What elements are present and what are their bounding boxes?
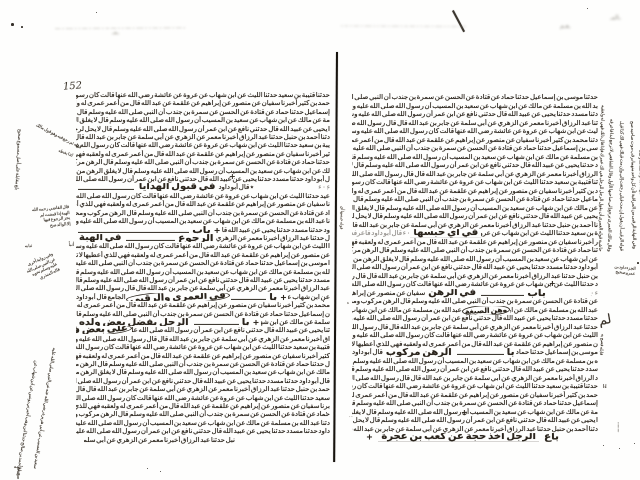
bab-label: با [241, 318, 251, 326]
text-line: سلمة عن مالك عن ابن شهاب عن سعيد بن المس… [76, 318, 330, 326]
chapter-heading: وهن الصيغة [462, 306, 511, 314]
kashida-stroke [126, 235, 175, 241]
body-text: ل أبو داود حدثنا مسدد حدثنا يحيى عن عبيد… [76, 175, 330, 183]
body-text: الليث عن ابن شهاب عن عروة عن عائشة رضي ا… [352, 331, 598, 339]
text-line: عيد حدثنا الليث عن ابن شهاب عن عروة عن ع… [76, 192, 330, 200]
body-text: عن ابن شهاب عن سعيد بن المسيب أن رسول ال… [352, 255, 598, 263]
ink-speck [21, 26, 23, 28]
body-text: ا يحيى عن عبيد الله قال حدثني نافع عن اب… [352, 416, 598, 424]
body-text: عن ابن شهاب عن عروة عن عائشة رضي الله عن… [288, 293, 330, 301]
bab-label: با [268, 293, 278, 301]
ink-speck [96, 12, 97, 13]
body-text: أبو داود حدثنا مسدد حدثنا يحيى عن عبيد ا… [352, 263, 598, 271]
body-text: مالك عن ابن شهاب عن سعيد بن المسيب أن رس… [76, 369, 330, 377]
text-line: أبو داود حدثنا مسدد حدثنا يحيى عن عبيد ا… [352, 263, 598, 271]
body-text: حدثنا مسدد حدثنا يحيى عن عبيد الله قال ح… [352, 314, 598, 322]
body-text: ة بن سعيد حدثنا الليث عن ابن شهاب عن عرو… [481, 229, 598, 237]
text-line: حدثنا قتيبة بن سعيد حدثنا الليث عن ابن ش… [352, 382, 598, 390]
text-line: إسماعيل حدثنا حماد عن قتادة عن الحسن عن … [352, 399, 598, 407]
section-end-mark: + [212, 226, 222, 234]
text-line: دثنا عبد الله بن مسلمة عن مالك عن ابن شه… [76, 419, 330, 427]
text-line: الليث عن ابن شهاب عن عروة عن عائشة رضي ا… [352, 331, 598, 339]
text-line: د بن كثير أخبرنا سفيان عن منصور عن إبراه… [352, 187, 598, 195]
scan-edge-smudge: ـمـ [112, 29, 138, 36]
body-text: محمد بن كثير أخبرنا سفيان عن منصور عن إب… [76, 302, 330, 310]
margin-note: قوله الرقبى أن يقول إن مت قبلي رجعت إلي … [618, 45, 624, 251]
text-line: حمد بن حنبل حدثنا عبد الرزاق أخبرنا معمر… [76, 385, 330, 393]
body-text: حماد عن قتادة عن الحسن عن سمرة بن جندب أ… [76, 411, 330, 419]
text-line: باعالرجل أخذ حجة عن كعب بن عجرة+ [352, 433, 598, 441]
text-line: ء ٠ ٜبابفي الرهن سفيان عن منصور عن إبراه… [352, 289, 598, 297]
body-text: ماعيل حدثنا حماد عن قتادة عن الحسن عن سم… [352, 195, 598, 203]
body-text: حمد بن حنبل حدثنا عبد الرزاق أخبرنا معمر… [76, 386, 330, 394]
body-text: مة عن مالك عن ابن شهاب عن سعيد بن المسيب… [352, 408, 598, 416]
body-text: قال أبو داود [352, 348, 383, 356]
left-page-text-block: حدثنا قتيبة بن سعيد حدثنا الليث عن ابن ش… [76, 91, 330, 444]
text-line: ر أخبرنا سفيان عن منصور عن إبراهيم عن عل… [352, 238, 598, 246]
margin-note: بلغ مقابلة والحمد لله وحده [635, 44, 640, 194]
text-line: اد عن قتادة عن الحسن عن سمرة بن جندب أن … [76, 209, 330, 217]
body-text: إسماعيل حدثنا حماد عن قتادة عن الحسن عن … [352, 399, 598, 407]
text-line: نا عبد الله بن مسلمة عن مالك عن ابن شهاب… [76, 217, 330, 225]
gutter-line [333, 52, 338, 462]
ink-speck [637, 262, 639, 264]
text-line: ل حدثنا عبد الرزاق أخبرنا معمر عن الزهري… [76, 234, 330, 242]
text-line: الرزاق أخبرنا معمر عن الزهري عن أبي سلمة… [352, 170, 598, 178]
kashida-stroke [457, 349, 504, 355]
text-line: ماعيل حدثنا حماد عن قتادة عن الحسن عن سم… [352, 195, 598, 203]
kashida-stroke [231, 294, 266, 300]
body-text: ود حدثنا مسدد حدثنا يحيى عن عبيد الله قا… [222, 226, 330, 234]
body-text: حمد بن كثير أخبرنا سفيان عن منصور عن إبر… [76, 100, 330, 108]
body-text: ن منصور عن إبراهيم عن علقمة عن عبد الله … [352, 340, 598, 348]
text-line: ل أبو داود حدثنا مسدد حدثنا يحيى عن عبيد… [76, 175, 330, 183]
chapter-heading: في العمرى والرقبى [125, 293, 229, 301]
margin-note: قوله حبسها أي [339, 146, 347, 230]
text-line: داود حدثنا مسدد حدثنا يحيى عن عبيد الله … [76, 427, 330, 435]
body-text: ثنا يحيى عن عبيد الله قال حدثني نافع عن … [132, 327, 330, 335]
text-line: قال أبو داود حدثنا مسدد حدثنا يحيى عن عب… [76, 377, 330, 385]
body-text: نا أحمد بن حنبل حدثنا عبد الرزاق أخبرنا … [352, 221, 598, 229]
chapter-heading: على بعض في النحل [76, 327, 132, 335]
body-text: د حدثنا يحيى عن عبيد الله قال حدثني نافع… [352, 161, 598, 169]
text-line: نا أحمد بن حنبل حدثنا عبد الرزاق أخبرنا … [352, 221, 598, 229]
body-text: عيد حدثنا الليث عن ابن شهاب عن عروة عن ع… [76, 192, 330, 200]
body-text: الرزاق أخبرنا معمر عن الزهري عن أبي سلمة… [352, 170, 598, 178]
text-line: يحيى عن عبيد الله قال حدثني نافع عن ابن … [352, 212, 598, 220]
body-text: الجامع قال أبو داود [76, 293, 126, 301]
text-line: يبة بن سعيد حدثنا الليث عن ابن شهاب عن ع… [76, 142, 330, 150]
text-line: ن إسماعيل حدثنا حماد عن قتادة عن الحسن ع… [76, 310, 330, 318]
body-text: حدثنا موسى بن إسماعيل حدثنا حماد عن قتاد… [352, 93, 598, 101]
text-line: موسى بن إسماعيل حدثنا حماد عن قتادة عن ا… [352, 348, 598, 356]
text-line: نبل حدثنا عبد الرزاق أخبرنا معمر عن الزه… [76, 436, 330, 444]
chapter-heading: الرجل يفضل بعض ولده [76, 318, 192, 326]
margin-note: ٠٠ [343, 414, 353, 419]
text-line: لله بن مسلمة عن مالك عن ابن شهاب عن سعيد… [76, 268, 330, 276]
text-line: دثنا محمد بن كثير أخبرنا سفيان عن منصور … [352, 136, 598, 144]
text-line: مة عن مالك عن ابن شهاب عن سعيد بن المسيب… [352, 408, 598, 416]
body-text: يبة بن سعيد حدثنا الليث عن ابن شهاب عن ع… [76, 142, 330, 150]
body-text: سلمة عن مالك عن ابن شهاب عن سعيد بن المس… [261, 318, 330, 326]
body-text: اد عن قتادة عن الحسن عن سمرة بن جندب أن … [76, 209, 330, 217]
kashida-stroke [78, 185, 134, 191]
body-text: إسماعيل حدثنا حماد عن قتادة عن الحسن عن … [76, 108, 330, 116]
body-text: دثنا عبد الله بن مسلمة عن مالك عن ابن شه… [76, 419, 330, 427]
body-text: مسدد حدثنا يحيى عن عبيد الله قال حدثني ن… [76, 276, 330, 284]
body-text: داود حدثنا مسدد حدثنا يحيى عن عبيد الله … [76, 428, 330, 436]
chapter-heading: في الرهن [425, 289, 479, 297]
body-text: يحيى عن عبيد الله قال حدثني نافع عن ابن … [352, 212, 598, 220]
body-text: ثنا عبد الرزاق أخبرنا معمر عن الزهري عن … [352, 119, 598, 127]
text-line: ا موسى بن إسماعيل حدثنا حماد عن قتادة عن… [76, 259, 330, 267]
body-text: بن مسلمة عن مالك عن ابن شهاب عن سعيد بن … [352, 153, 598, 161]
section-end-mark: + [364, 433, 374, 441]
text-line: ل حدثنا حماد عن قتادة عن الحسن عن سمرة ب… [76, 360, 330, 368]
text-line: حدثنا عبد الرزاق أخبرنا معمر عن الزهري ع… [352, 323, 598, 331]
body-text: عبد الله بن مسلمة عن مالك عن ابن شهاب عن… [510, 306, 598, 314]
body-text: عن مالك عن ابن شهاب عن سعيد بن المسيب أن… [352, 204, 598, 212]
ink-speck [11, 23, 14, 26]
body-text: كثير أخبرنا سفيان عن منصور عن إبراهيم عن… [76, 352, 330, 360]
text-line: برنا سفيان عن منصور عن إبراهيم عن علقمة … [76, 402, 330, 410]
margin-note: ءَا [591, 384, 607, 391]
text-line: ن منصور عن إبراهيم عن علقمة عن عبد الله … [352, 340, 598, 348]
text-line: مالك عن ابن شهاب عن سعيد بن المسيب أن رس… [76, 369, 330, 377]
text-line: ثنا عبد الرزاق أخبرنا معمر عن الزهري عن … [352, 119, 598, 127]
bab-label: الرجوع [177, 234, 214, 242]
text-line: ليث عن ابن شهاب عن عروة عن عائشة رضي الل… [352, 127, 598, 135]
body-text: لك عن ابن شهاب عن سعيد بن المسيب أن رسول… [76, 167, 330, 175]
body-text: بد الله بن مسلمة عن مالك عن ابن شهاب عن … [352, 102, 598, 110]
text-line: بن مسلمة عن مالك عن ابن شهاب عن سعيد بن … [352, 153, 598, 161]
text-line: عن مالك عن ابن شهاب عن سعيد بن المسيب أن… [352, 204, 598, 212]
body-text: قال أبو داود حدثنا مسدد حدثنا يحيى عن عب… [76, 377, 330, 385]
body-text: ثير أخبرنا سفيان عن منصور عن إبراهيم عن … [76, 150, 330, 158]
scan-edge-smudge: ـعـم [560, 23, 594, 31]
chapter-heading: الرجل أخذ حجة عن كعب بن عجرة [378, 433, 539, 441]
margin-note: بلغ مقابلة على أصل مسموع صحيح [13, 108, 23, 190]
body-text: قتيبة بن سعيد حدثنا الليث عن ابن شهاب عن… [76, 344, 330, 352]
text-line: اق أخبرنا معمر عن الزهري عن أبي سلمة عن … [76, 335, 330, 343]
body-text: ل حدثنا حماد عن قتادة عن الحسن عن سمرة ب… [76, 360, 330, 368]
margin-note: وقال مالك العمرى ترجع إلى صاحبها الأول و… [605, 48, 614, 252]
text-line: عن ابن شهاب عن عروة عن عائشة رضي الله عن… [76, 293, 330, 301]
body-text: سى بن إسماعيل حدثنا حماد عن قتادة عن الح… [352, 144, 598, 152]
chapter-heading: الرهن مركوب [383, 348, 455, 356]
chapter-heading: في الهبة [76, 234, 124, 242]
body-text: اق أخبرنا معمر عن الزهري عن أبي سلمة عن … [76, 335, 330, 343]
text-line: ثنا قتيبة بن سعيد حدثنا الليث عن ابن شها… [352, 178, 598, 186]
text-line: مة عن مالك عن ابن شهاب عن سعيد بن المسيب… [76, 116, 330, 124]
body-text: ن إسماعيل حدثنا حماد عن قتادة عن الحسن ع… [76, 310, 330, 318]
body-text: دثنا أحمد بن حنبل حدثنا عبد الرزاق أخبرن… [76, 133, 330, 141]
body-text: حدثنا قتيبة بن سعيد حدثنا الليث عن ابن ش… [76, 91, 330, 99]
chapter-heading: في قبول الهدايا [136, 184, 219, 192]
kashida-stroke [481, 290, 524, 296]
body-text: عبد الله بن مسلمة عن مالك عن ابن شهاب عن… [352, 306, 462, 314]
text-line: د الرزاق أخبرنا معمر عن الزهري عن أبي سل… [352, 374, 598, 382]
margin-note: قال القاضي رحمه الله الهبة إذا قبضت لم ي… [15, 205, 71, 232]
text-line: د حدثنا الليث عن ابن شهاب عن عروة عن عائ… [352, 280, 598, 288]
section-end-mark: + [549, 279, 556, 288]
margin-note: ثنا به [6, 243, 32, 249]
body-text: د حدثنا الليث عن ابن شهاب عن عروة عن عائ… [352, 280, 598, 288]
body-text: سدد حدثنا يحيى عن عبيد الله قال حدثني نا… [352, 365, 598, 373]
text-line: حمد بن كثير أخبرنا سفيان عن منصور عن إبر… [76, 100, 330, 108]
text-line: بد الله بن مسلمة عن مالك عن ابن شهاب عن … [352, 102, 598, 110]
text-line: حدثنا حماد عن قتادة عن الحسن عن سمرة بن … [76, 158, 330, 166]
body-text: ر أخبرنا سفيان عن منصور عن إبراهيم عن عل… [352, 238, 598, 246]
body-text: نا سفيان عن منصور عن إبراهيم عن علقمة عن… [76, 201, 330, 209]
body-text: عن منصور عن إبراهيم عن علقمة عن عبد الله… [76, 251, 330, 259]
body-text: ٭ قال أبو داود [218, 184, 253, 192]
body-text: عن قتادة عن الحسن عن سمرة بن جندب أن الن… [352, 297, 598, 305]
kashida-stroke [78, 227, 189, 233]
margin-note: أنبأ [52, 243, 74, 249]
section-end-mark: + [461, 408, 468, 417]
text-line: دثنا أحمد بن حنبل حدثنا عبد الرزاق أخبرن… [352, 425, 598, 433]
text-line: عن منصور عن إبراهيم عن علقمة عن عبد الله… [76, 251, 330, 259]
body-text: دثنا مسدد حدثنا يحيى عن عبيد الله قال حد… [352, 110, 598, 118]
body-text: ٠ ء قال أبو داود فاعرفه [352, 229, 410, 237]
text-line: محمد بن كثير أخبرنا سفيان عن منصور عن إب… [76, 301, 330, 309]
body-text: حدثنا حماد عن قتادة عن الحسن عن سمرة بن … [76, 159, 330, 167]
section-end-mark: + [278, 293, 288, 301]
body-text: دثنا محمد بن كثير أخبرنا سفيان عن منصور … [352, 136, 598, 144]
text-line: دثنا مسدد حدثنا يحيى عن عبيد الله قال حد… [352, 110, 598, 118]
text-line: حدثنا قتيبة بن سعيد حدثنا الليث عن ابن ش… [76, 91, 330, 99]
text-line: حمد بن كثير أخبرنا سفيان عن منصور عن إبر… [352, 391, 598, 399]
margin-note: حاشية قوله العمرى أن يقول الرجل للرجل هي… [596, 46, 605, 252]
kashida-stroke [194, 319, 239, 325]
text-line: ا الليث عن ابن شهاب عن عروة عن عائشة رضي… [76, 242, 330, 250]
text-line: دثنا أحمد بن حنبل حدثنا عبد الرزاق أخبرن… [76, 133, 330, 141]
text-line: إسماعيل حدثنا حماد عن قتادة عن الحسن عن … [76, 108, 330, 116]
text-line: حماد عن قتادة عن الحسن عن سمرة بن جندب أ… [76, 411, 330, 419]
margin-note: ء [341, 300, 349, 305]
text-line: قتيبة بن سعيد حدثنا الليث عن ابن شهاب عن… [76, 343, 330, 351]
text-line: ا يحيى عن عبيد الله قال حدثني نافع عن اب… [76, 125, 330, 133]
margin-note: مه [5, 464, 19, 470]
text-line: ا يحيى عن عبيد الله قال حدثني نافع عن اب… [352, 416, 598, 424]
body-text: ء ٠ ٜ [547, 289, 598, 297]
text-line: عبد الله بن مسلمة عن مالك عن ابن شهاب عن… [352, 306, 598, 314]
text-line: ة بن سعيد حدثنا الليث عن ابن شهاب عن عرو… [352, 229, 598, 237]
text-line: ود حدثنا مسدد حدثنا يحيى عن عبيد الله قا… [76, 226, 330, 234]
text-line: د حدثنا يحيى عن عبيد الله قال حدثني نافع… [352, 161, 598, 169]
body-text: نبل حدثنا عبد الرزاق أخبرنا معمر عن الزه… [84, 436, 235, 444]
text-line: نا سفيان عن منصور عن إبراهيم عن علقمة عن… [76, 200, 330, 208]
text-line: حدثنا موسى بن إسماعيل حدثنا حماد عن قتاد… [352, 93, 598, 101]
text-line: مسدد حدثنا يحيى عن عبيد الله قال حدثني ن… [76, 276, 330, 284]
body-text: ه بن مسلمة عن مالك عن ابن شهاب عن سعيد ب… [352, 357, 598, 365]
body-text: سعيد حدثنا الليث عن ابن شهاب عن عروة عن … [76, 394, 330, 402]
text-line: ثنا يحيى عن عبيد الله قال حدثني نافع عن … [76, 327, 330, 335]
bab-label: باب [526, 289, 546, 297]
body-text: ليث عن ابن شهاب عن عروة عن عائشة رضي الل… [352, 127, 598, 135]
bab-label: با [506, 348, 516, 356]
text-line: ثير أخبرنا سفيان عن منصور عن إبراهيم عن … [76, 150, 330, 158]
ink-speck [587, 8, 588, 9]
text-line: بن حنبل حدثنا عبد الرزاق أخبرنا معمر عن … [352, 272, 598, 280]
body-text: لله بن مسلمة عن مالك عن ابن شهاب عن سعيد… [76, 268, 330, 276]
ink-speck [147, 468, 148, 469]
text-line: حدثنا مسدد حدثنا يحيى عن عبيد الله قال ح… [352, 314, 598, 322]
body-text: برنا سفيان عن منصور عن إبراهيم عن علقمة … [76, 402, 330, 410]
section-end-mark: + [251, 318, 261, 326]
text-line: لك عن ابن شهاب عن سعيد بن المسيب أن رسول… [76, 167, 330, 175]
body-text: د بن كثير أخبرنا سفيان عن منصور عن إبراه… [352, 187, 598, 195]
text-line: ثنا حماد عن قتادة عن الحسن عن سمرة بن جن… [352, 246, 598, 254]
body-text: حدثنا قتيبة بن سعيد حدثنا الليث عن ابن ش… [352, 382, 598, 390]
ink-speck [603, 445, 604, 446]
text-line: سدد حدثنا يحيى عن عبيد الله قال حدثني نا… [352, 365, 598, 373]
body-text: ل حدثنا عبد الرزاق أخبرنا معمر عن الزهري… [215, 234, 330, 242]
text-line: عبد الرزاق أخبرنا معمر عن الزهري عن أبي … [76, 285, 330, 293]
body-text: نا عبد الله بن مسلمة عن مالك عن ابن شهاب… [76, 217, 330, 225]
body-text: د الرزاق أخبرنا معمر عن الزهري عن أبي سل… [352, 374, 598, 382]
section-end-mark: + [229, 172, 236, 181]
body-text: ا يحيى عن عبيد الله قال حدثني نافع عن اب… [76, 125, 330, 133]
text-line: عن قتادة عن الحسن عن سمرة بن جندب أن الن… [352, 297, 598, 305]
text-line: عن ابن شهاب عن سعيد بن المسيب أن رسول ال… [352, 255, 598, 263]
manuscript-scan: 152 حدثنا قتيبة بن سعيد حدثنا الليث عن ا… [0, 0, 640, 480]
ink-speck [619, 448, 620, 449]
margin-note: لم [594, 312, 613, 331]
text-line: كثير أخبرنا سفيان عن منصور عن إبراهيم عن… [76, 352, 330, 360]
body-text: موسى بن إسماعيل حدثنا حماد عن قتادة عن ا… [516, 348, 598, 356]
margin-note: وفي رواية أخرى عن النبي صلى الله عليه وس… [6, 252, 61, 292]
chapter-heading: في أي حبسها [410, 229, 481, 237]
body-text: ا الليث عن ابن شهاب عن عروة عن عائشة رضي… [76, 243, 330, 251]
ink-speck [160, 471, 161, 472]
text-line: سعيد حدثنا الليث عن ابن شهاب عن عروة عن … [76, 394, 330, 402]
body-text: بن حنبل حدثنا عبد الرزاق أخبرنا معمر عن … [352, 272, 598, 280]
margin-note: ········ [614, 380, 620, 432]
text-line: سى بن إسماعيل حدثنا حماد عن قتادة عن الح… [352, 144, 598, 152]
ink-speck [634, 443, 635, 444]
text-line: ء ٜ ٠ ء٭ قال أبو داودفي قبول الهدايا [76, 184, 330, 192]
body-text: ثنا حماد عن قتادة عن الحسن عن سمرة بن جن… [352, 246, 598, 254]
body-text: حمد بن كثير أخبرنا سفيان عن منصور عن إبر… [352, 391, 598, 399]
body-text: ء ٜ ٠ ء [254, 184, 330, 192]
body-text: مة عن مالك عن ابن شهاب عن سعيد بن المسيب… [76, 117, 330, 125]
body-text: عبد الرزاق أخبرنا معمر عن الزهري عن أبي … [76, 285, 330, 293]
bab-label: باع [543, 433, 560, 441]
body-text: دثنا أحمد بن حنبل حدثنا عبد الرزاق أخبرن… [352, 425, 598, 433]
right-page-text-block: حدثنا موسى بن إسماعيل حدثنا حماد عن قتاد… [352, 93, 598, 442]
scan-edge-smudge: ـالمـ [610, 14, 638, 22]
scan-edge-smudge: ـ ـــ ـ ــــ ـ ـــ ـ ـ ــــ ـ ـــ ـ ـ ــ… [55, 22, 327, 31]
body-text: ا موسى بن إسماعيل حدثنا حماد عن قتادة عن… [76, 259, 330, 267]
bab-label: باب [191, 226, 211, 234]
body-text: حدثنا عبد الرزاق أخبرنا معمر عن الزهري ع… [352, 323, 598, 331]
body-text: ثنا قتيبة بن سعيد حدثنا الليث عن ابن شها… [352, 178, 598, 186]
body-text: سفيان عن منصور عن إبراهيم عن علقمة عن عب… [352, 289, 425, 297]
text-line: ه بن مسلمة عن مالك عن ابن شهاب عن سعيد ب… [352, 357, 598, 365]
